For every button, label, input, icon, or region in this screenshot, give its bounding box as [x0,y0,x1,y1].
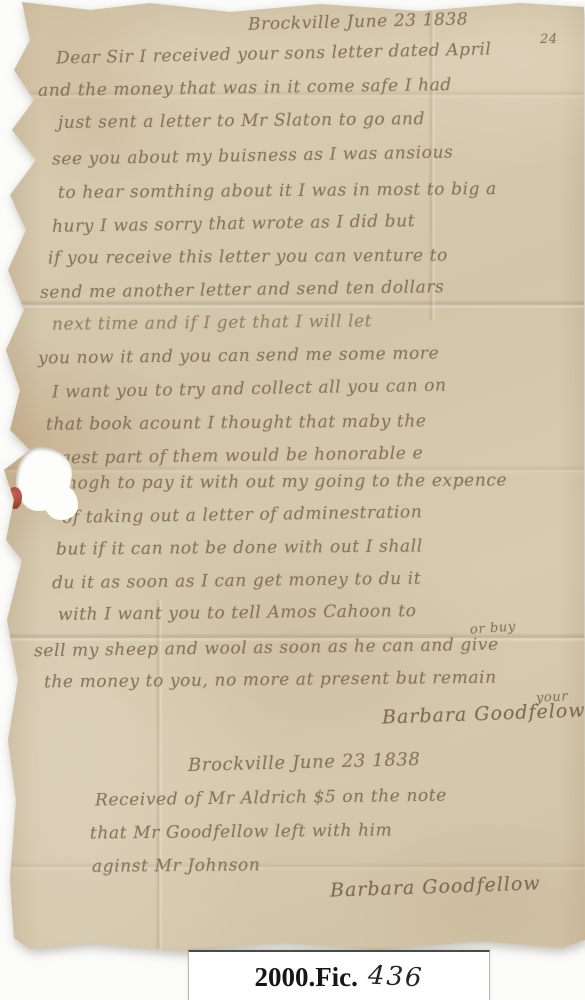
letter-line: that book acount I thought that maby the [46,411,427,434]
letter-line: with I want you to tell Amos Cahoon to [58,601,417,625]
letter-line: to hear somthing about it I was in most … [58,179,497,203]
fold-crease [0,862,585,871]
wax-seal-remnant [7,487,22,509]
catalog-label: 2000.Fic. 436 [188,950,490,1000]
interline-insertion: or buy [470,619,517,637]
letter-line: and the money that was in it come safe I… [38,75,452,101]
letter-line: hury I was sorry that wrote as I did but [52,211,415,237]
paper-sheet: Brockville June 23 1838 24 Dear Sir I re… [0,0,585,1000]
scanned-letter-photo: Brockville June 23 1838 24 Dear Sir I re… [0,0,585,1000]
letter-line: bigest part of them would be honorable e [42,443,423,468]
receipt-line: Received of Mr Aldrich $5 on the note [95,786,447,811]
accession-number-handwritten: 436 [367,961,424,994]
date-superscript: 24 [540,32,558,47]
letter-line: send me another letter and send ten doll… [40,277,445,303]
accession-number-printed: 2000.Fic. [254,962,357,993]
receipt-signature: Barbara Goodfellow [330,872,541,901]
letter-line: I want you to try and collect all you ca… [52,376,447,403]
letter-line: next time and if I get that I will let [52,311,372,334]
paper-background: Brockville June 23 1838 24 Dear Sir I re… [0,0,585,1000]
letter-line: Dear Sir I received your sons letter dat… [56,39,492,68]
receipt-line: aginst Mr Johnson [92,855,261,876]
letter-line: just sent a letter to Mr Slaton to go an… [58,109,425,133]
letter-line: but if it can not be done with out I sha… [56,536,423,559]
letter-signature: Barbara Goodfelow [382,699,585,728]
letter-line: of taking out a letter of adminestration [62,502,423,528]
letter-line: you now it and you can send me some more [38,344,439,369]
torn-hole [44,486,78,520]
letter-line: see you about my buisness as I was ansio… [52,142,454,169]
letter-line: nogh to pay it with out my going to the … [66,470,507,493]
letter-line: the money to you, no more at present but… [44,668,497,693]
letter-dateline: Brockville June 23 1838 [248,9,469,34]
receipt-line: that Mr Goodfellow left with him [90,820,393,843]
receipt-dateline: Brockville June 23 1838 [188,749,421,776]
letter-line: if you receive this letter you can ventu… [48,246,448,269]
letter-line: du it as soon as I can get money to du i… [52,569,421,594]
letter-line: sell my sheep and wool as soon as he can… [34,635,499,661]
